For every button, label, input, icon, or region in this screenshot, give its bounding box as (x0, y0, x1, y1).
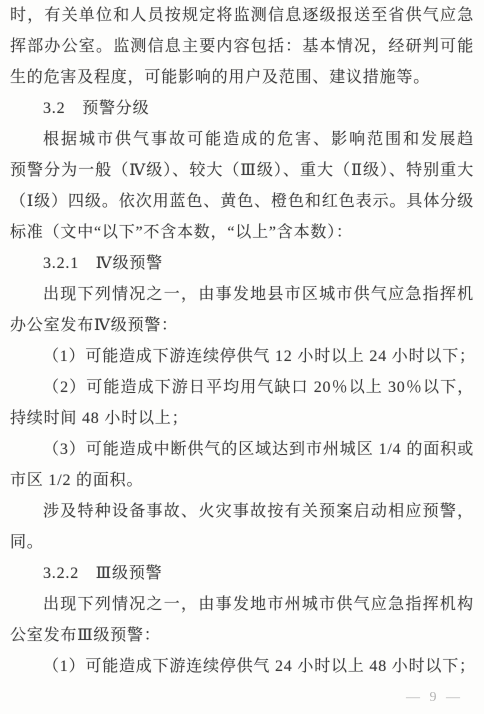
document-page: 时，有关单位和人员按规定将监测信息逐级报送至省供气应急指挥部办公室。监测信息主要… (0, 0, 484, 714)
text-line: （1）可能造成下游连续停供气 12 小时以上 24 小时以下； (10, 341, 474, 372)
text-line: 时，有关单位和人员按规定将监测信息逐级报送至省供气应急指 (10, 0, 474, 31)
text-line: 公室发布Ⅲ级预警： (10, 620, 474, 651)
text-line: 市区 1/2 的面积。 (10, 465, 474, 496)
text-line: （2）可能造成下游日平均用气缺口 20％以上 30％以下，且 (10, 372, 474, 403)
text-line: 3.2 预警分级 (10, 93, 474, 124)
text-line: 办公室发布Ⅳ级预警： (10, 310, 474, 341)
document-body: 时，有关单位和人员按规定将监测信息逐级报送至省供气应急指挥部办公室。监测信息主要… (0, 0, 484, 682)
text-line: 生的危害及程度，可能影响的用户及范围、建议措施等。 (10, 62, 474, 93)
text-line: 3.2.2 Ⅲ级预警 (10, 558, 474, 589)
text-line: 根据城市供气事故可能造成的危害、影响范围和发展趋势， (10, 124, 474, 155)
text-line: 3.2.1 Ⅳ级预警 (10, 248, 474, 279)
text-line: 出现下列情况之一，由事发地市州城市供气应急指挥机构办 (10, 589, 474, 620)
text-line: 挥部办公室。监测信息主要内容包括：基本情况，经研判可能产 (10, 31, 474, 62)
text-line: （1）可能造成下游连续停供气 24 小时以上 48 小时以下； (10, 651, 474, 682)
text-line: 标准（文中“以下”不含本数，“以上”含本数）： (10, 217, 474, 248)
text-line: 预警分为一般（Ⅳ级）、较大（Ⅲ级）、重大（Ⅱ级）、特别重大 (10, 155, 474, 186)
text-line: 涉及特种设备事故、火灾事故按有关预案启动相应预警，下 (10, 496, 474, 527)
text-line: 持续时间 48 小时以上； (10, 403, 474, 434)
text-line: （Ⅰ级）四级。依次用蓝色、黄色、橙色和红色表示。具体分级 (10, 186, 474, 217)
text-line: 出现下列情况之一，由事发地县市区城市供气应急指挥机构 (10, 279, 474, 310)
text-line: 同。 (10, 527, 474, 558)
text-line: （3）可能造成中断供气的区域达到市州城区 1/4 的面积或县 (10, 434, 474, 465)
page-number: — 9 — (406, 688, 463, 708)
